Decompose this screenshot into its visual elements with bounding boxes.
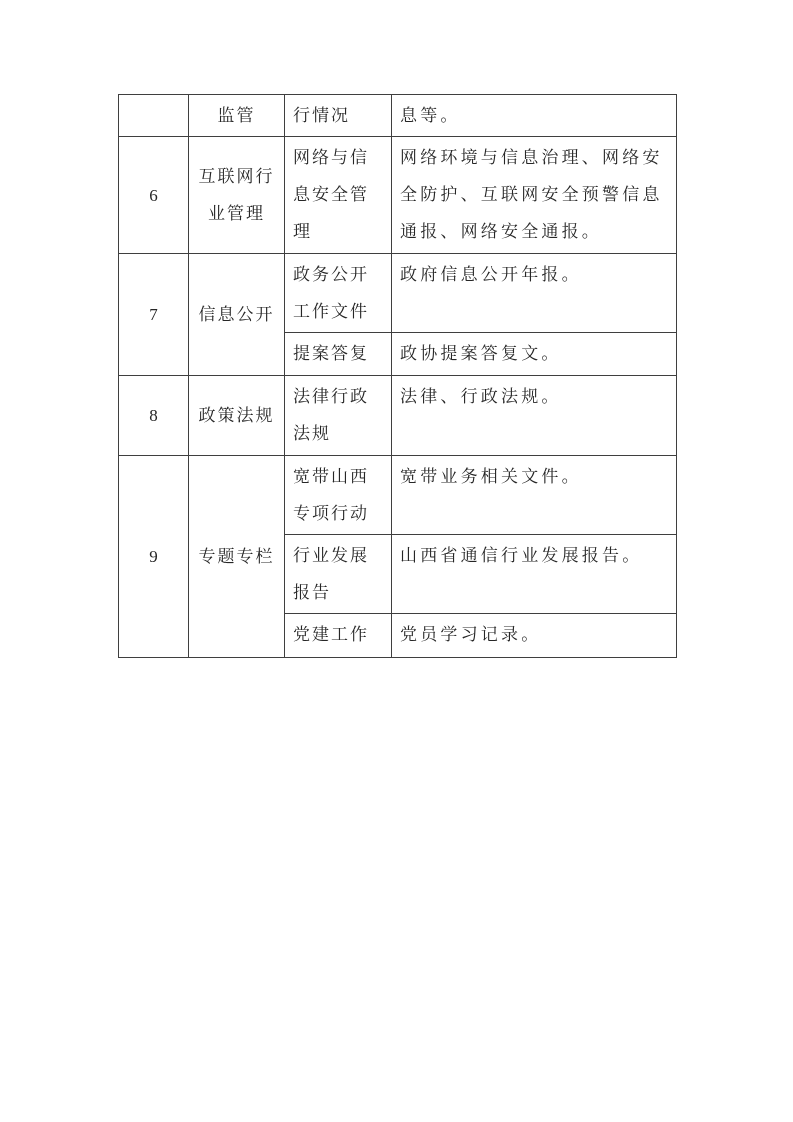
table-row-9: 9 专题专栏 宽带山西专项行动 宽带业务相关文件。 [119, 456, 677, 535]
table-row-8: 8 政策法规 法律行政法规 法律、行政法规。 [119, 376, 677, 456]
cell-num: 7 [119, 254, 189, 376]
cell-description: 息等。 [392, 95, 677, 137]
cell-subcategory: 提案答复 [285, 333, 392, 376]
cell-description: 网络环境与信息治理、网络安全防护、互联网安全预警信息通报、网络安全通报。 [392, 137, 677, 254]
cell-category: 监管 [189, 95, 285, 137]
cell-num: 6 [119, 137, 189, 254]
cell-subcategory: 宽带山西专项行动 [285, 456, 392, 535]
cell-description: 法律、行政法规。 [392, 376, 677, 456]
cell-category: 信息公开 [189, 254, 285, 376]
cell-description: 政府信息公开年报。 [392, 254, 677, 333]
cell-description: 山西省通信行业发展报告。 [392, 535, 677, 614]
table-row-partial: 监管 行情况 息等。 [119, 95, 677, 137]
cell-description: 政协提案答复文。 [392, 333, 677, 376]
cell-subcategory: 网络与信息安全管理 [285, 137, 392, 254]
cell-description: 宽带业务相关文件。 [392, 456, 677, 535]
cell-subcategory: 党建工作 [285, 614, 392, 658]
table-row-6: 6 互联网行业管理 网络与信息安全管理 网络环境与信息治理、网络安全防护、互联网… [119, 137, 677, 254]
cell-num: 9 [119, 456, 189, 658]
cell-description: 党员学习记录。 [392, 614, 677, 658]
cell-subcategory: 政务公开工作文件 [285, 254, 392, 333]
cell-category: 政策法规 [189, 376, 285, 456]
table-row-7: 7 信息公开 政务公开工作文件 政府信息公开年报。 [119, 254, 677, 333]
cell-num [119, 95, 189, 137]
cell-subcategory: 法律行政法规 [285, 376, 392, 456]
cell-subcategory: 行业发展报告 [285, 535, 392, 614]
cell-category: 互联网行业管理 [189, 137, 285, 254]
cell-category: 专题专栏 [189, 456, 285, 658]
cell-num: 8 [119, 376, 189, 456]
document-page: 监管 行情况 息等。 6 互联网行业管理 网络与信息安全管理 网络环境与信息治理… [0, 0, 793, 1122]
cell-subcategory: 行情况 [285, 95, 392, 137]
document-table: 监管 行情况 息等。 6 互联网行业管理 网络与信息安全管理 网络环境与信息治理… [118, 94, 677, 658]
